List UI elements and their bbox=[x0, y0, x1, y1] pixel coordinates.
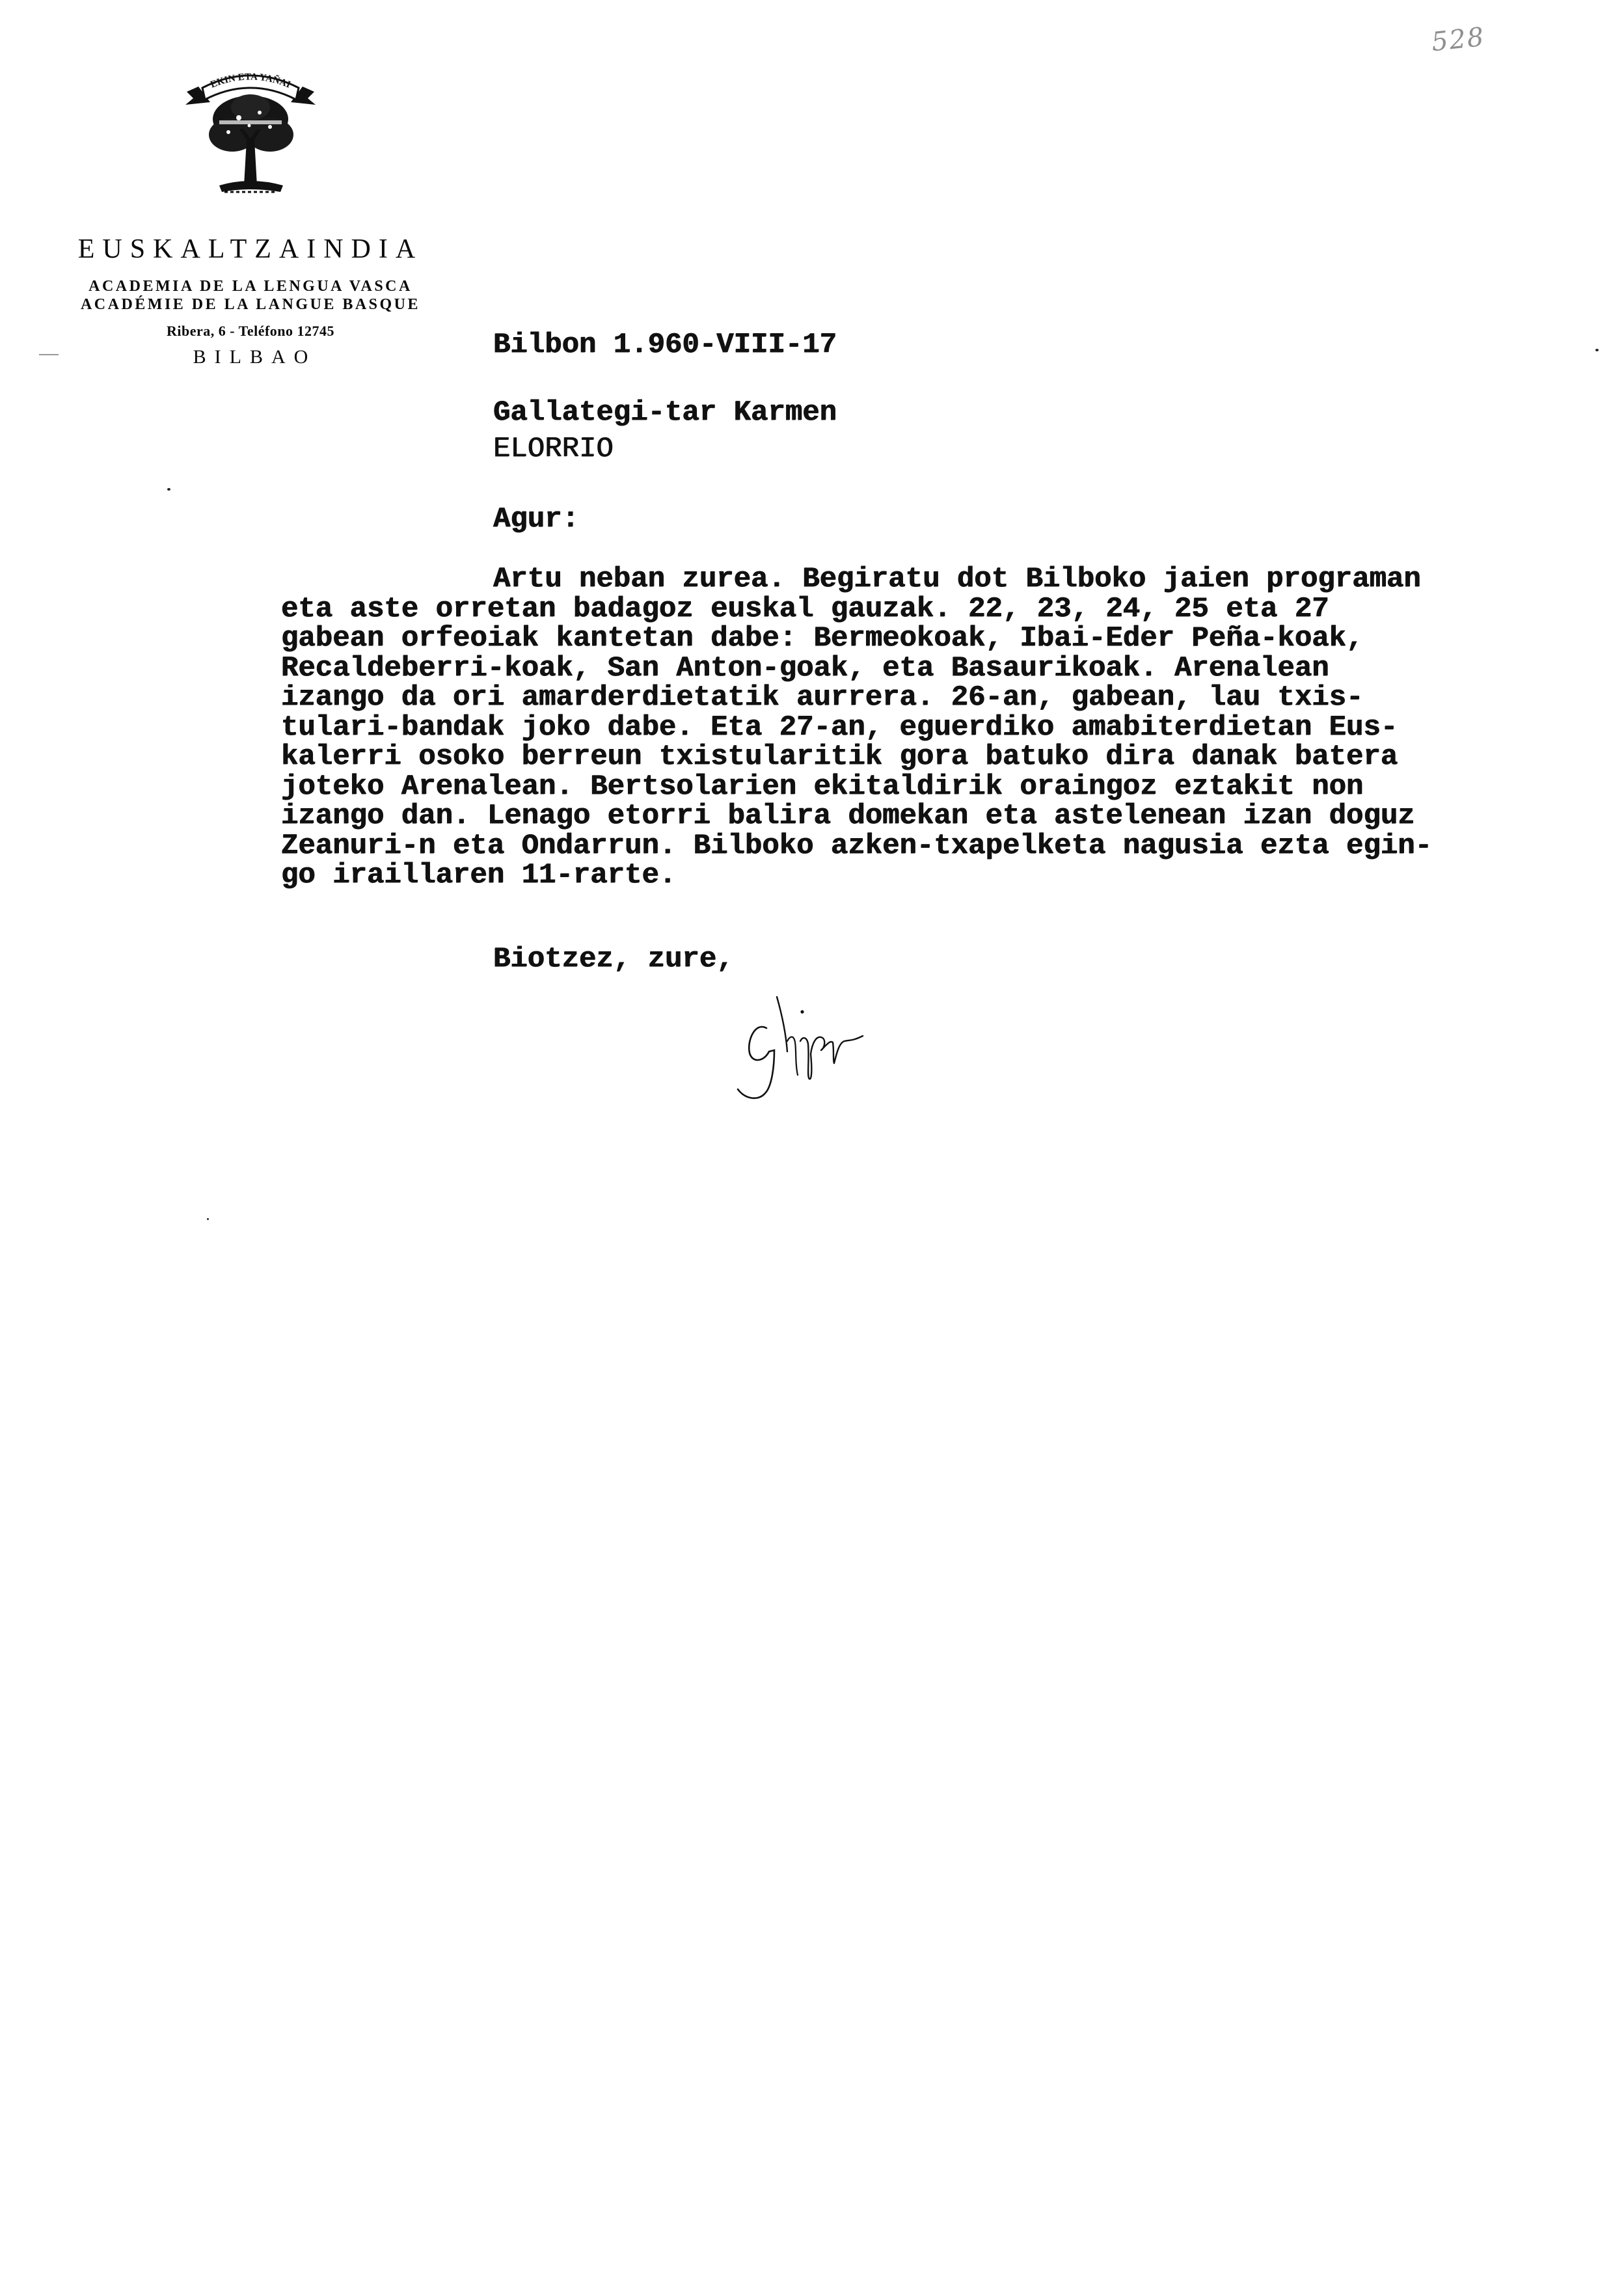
org-subtitle-spanish: ACADEMIA DE LA LENGUA VASCA bbox=[62, 277, 439, 295]
letter-date: Bilbon 1.960-VIII-17 bbox=[493, 331, 837, 359]
body-line: Artu neban zurea. Begiratu dot Bilboko j… bbox=[281, 565, 1615, 595]
greeting: Agur: bbox=[493, 505, 579, 534]
paper-speck bbox=[167, 488, 170, 491]
org-address: Ribera, 6 - Teléfono 12745 bbox=[62, 323, 439, 340]
body-line: kalerri osoko berreun txistularitik gora… bbox=[281, 742, 1615, 772]
closing: Biotzez, zure, bbox=[493, 945, 734, 973]
body-line: tulari-bandak joko dabe. Eta 27-an, egue… bbox=[281, 713, 1615, 743]
letterhead: EKIN ETA YAÑAI EUSKALTZAINDIA ACADEMIA D… bbox=[62, 62, 439, 368]
body-line: gabean orfeoiak kantetan dabe: Bermeokoa… bbox=[281, 624, 1615, 654]
org-subtitle-french: ACADÉMIE DE LA LANGUE BASQUE bbox=[62, 295, 439, 314]
paper-speck bbox=[1595, 349, 1599, 351]
archive-number: 528 bbox=[1430, 22, 1487, 57]
body-line: Recaldeberri-koak, San Anton-goak, eta B… bbox=[281, 654, 1615, 684]
letter-body: Artu neban zurea. Begiratu dot Bilboko j… bbox=[281, 565, 1615, 891]
body-line: joteko Arenalean. Bertsolarien ekitaldir… bbox=[281, 772, 1615, 802]
tree-logo-icon: EKIN ETA YAÑAI bbox=[179, 62, 322, 202]
body-line: Zeanuri-n eta Ondarrun. Bilboko azken-tx… bbox=[281, 832, 1615, 862]
org-city: BILBAO bbox=[62, 346, 439, 368]
paper-speck bbox=[207, 1218, 209, 1220]
recipient-name: Gallategi-tar Karmen bbox=[493, 398, 837, 427]
paper-speck bbox=[39, 354, 59, 355]
body-line: go iraillaren 11-rarte. bbox=[281, 861, 1615, 891]
recipient-place: ELORRIO bbox=[493, 435, 614, 463]
body-line: izango dan. Lenago etorri balira domekan… bbox=[281, 802, 1615, 832]
signature bbox=[735, 996, 969, 1106]
body-line: eta aste orretan badagoz euskal gauzak. … bbox=[281, 595, 1615, 625]
org-name: EUSKALTZAINDIA bbox=[62, 236, 439, 263]
body-line: izango da ori amarderdietatik aurrera. 2… bbox=[281, 683, 1615, 713]
